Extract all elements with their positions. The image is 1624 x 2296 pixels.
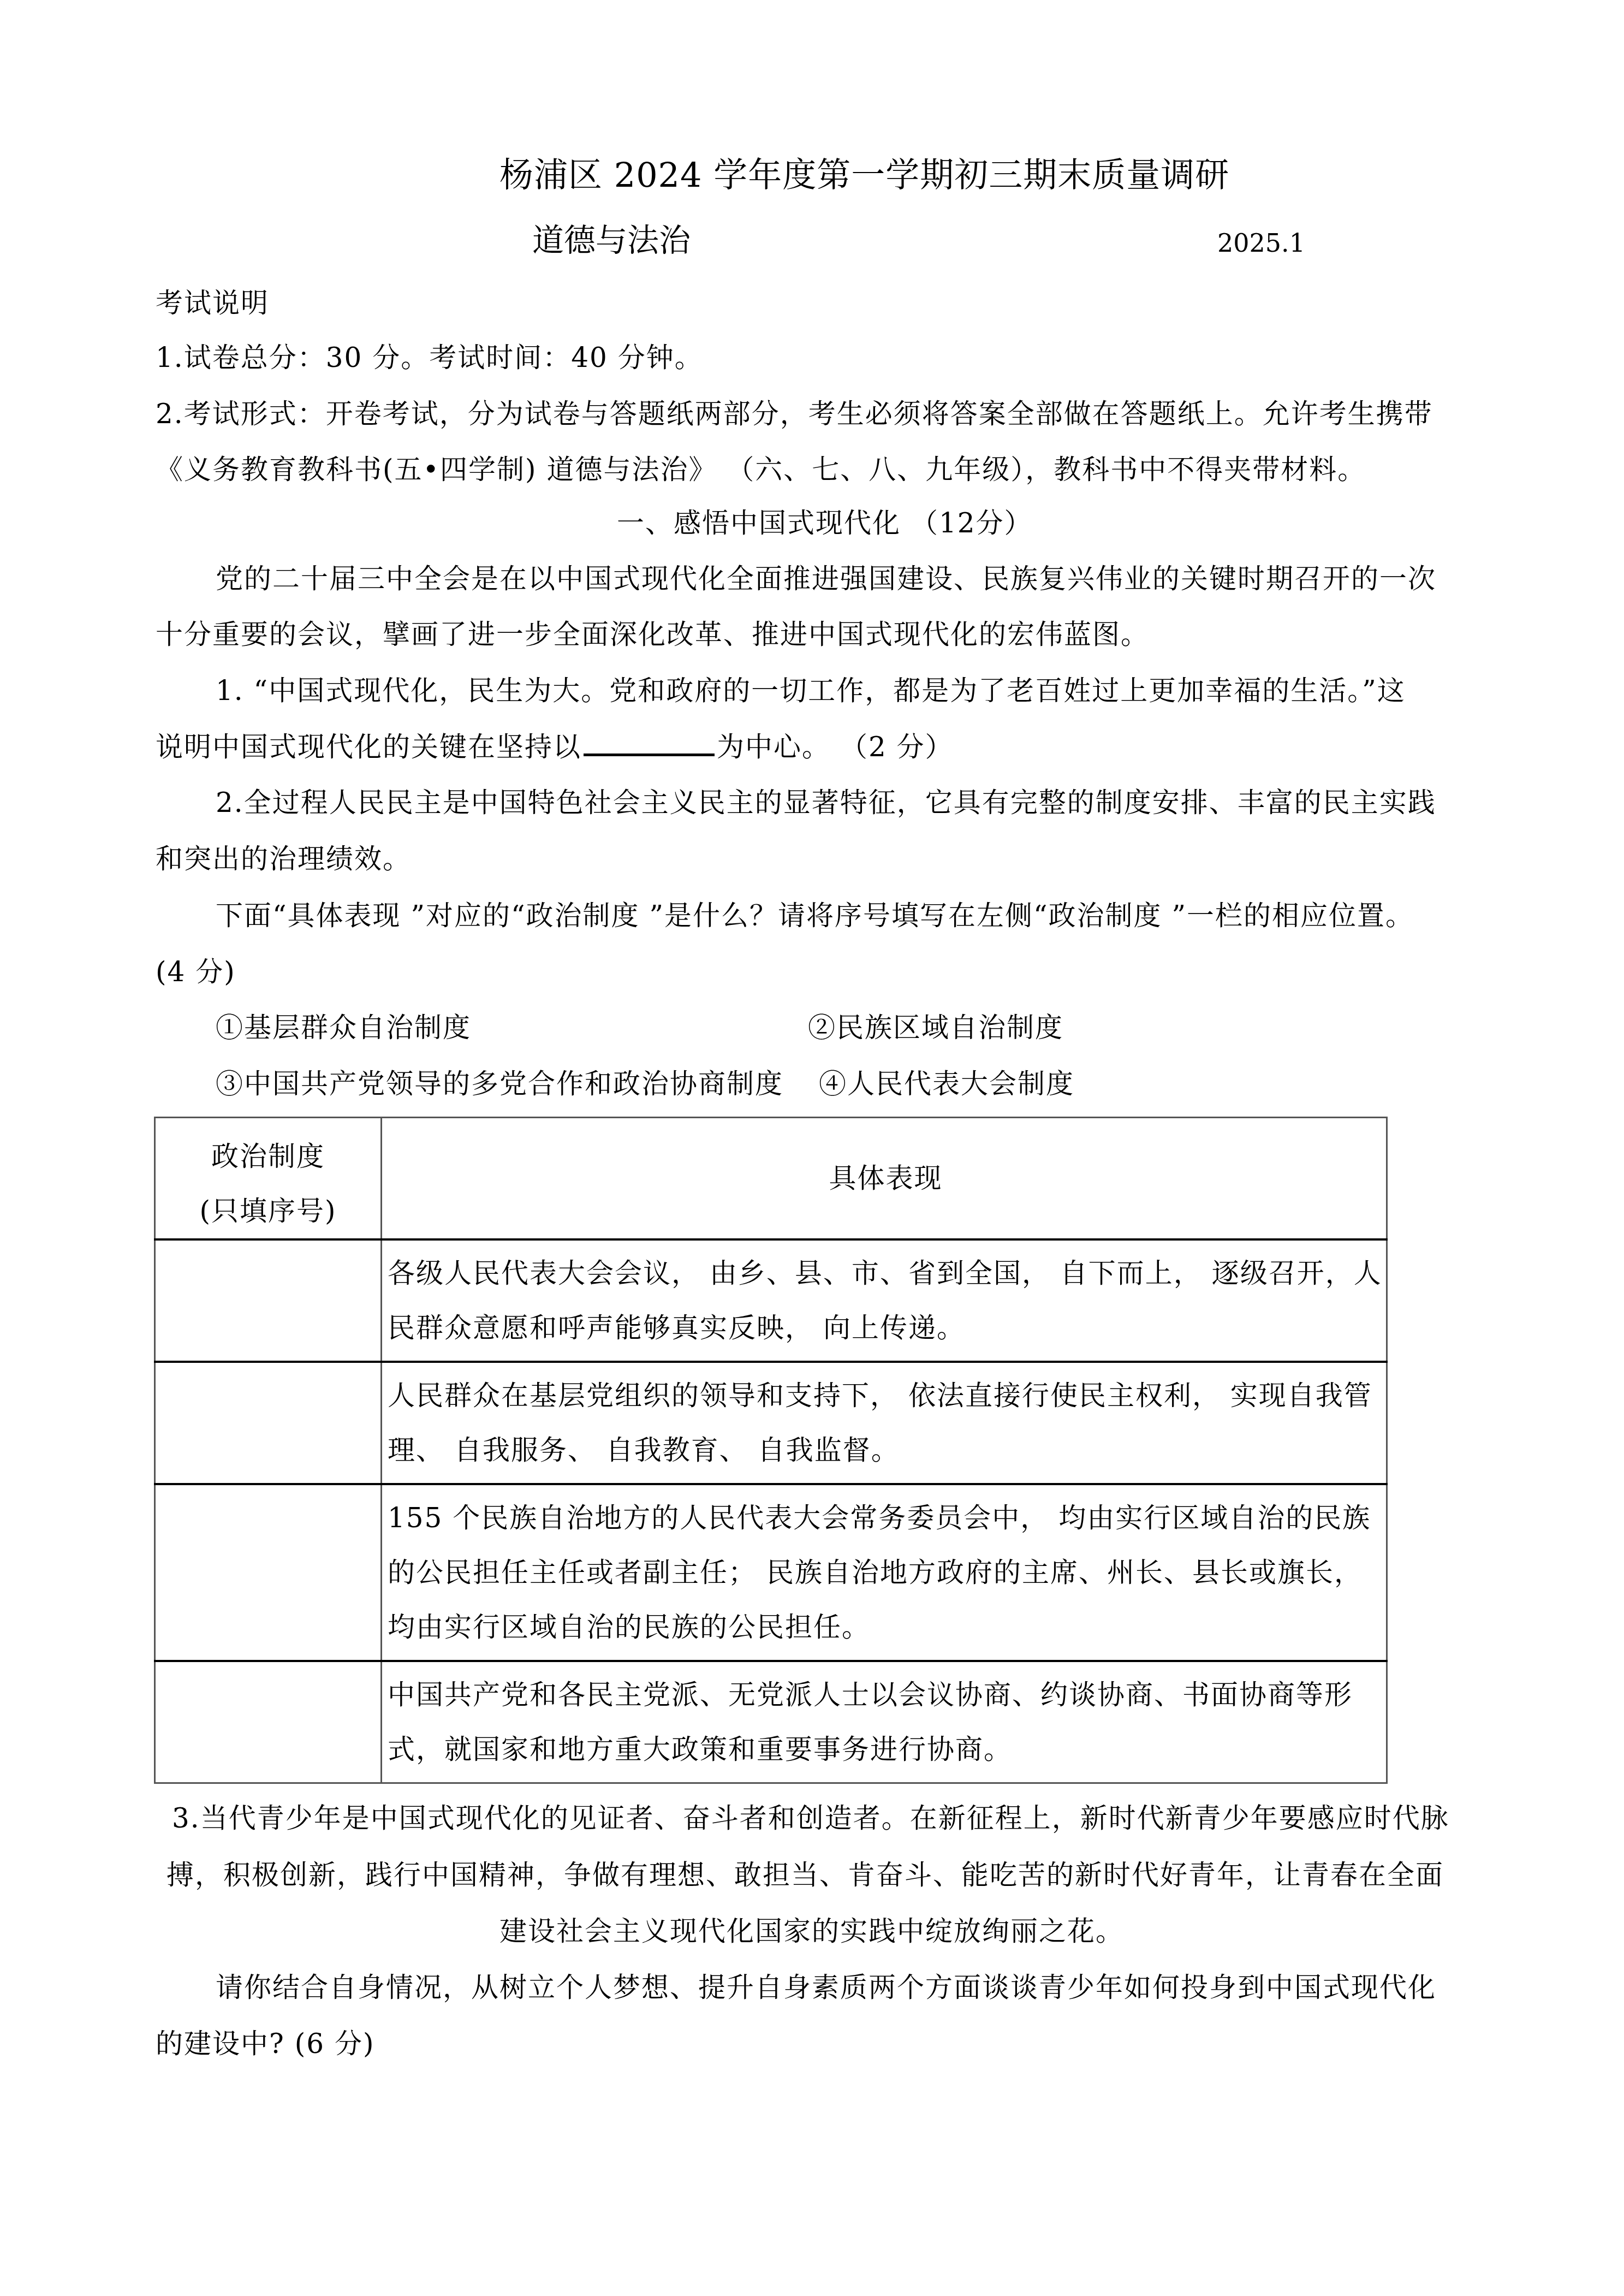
header-political-system: 政治制度 (只填序号) bbox=[155, 1118, 382, 1240]
question-3-prompt-line-2: 的建设中? (6 分) bbox=[156, 2027, 374, 2060]
exam-title: 杨浦区 2024 学年度第一学期初三期末质量调研 bbox=[499, 156, 1229, 195]
answer-cell[interactable] bbox=[155, 1661, 382, 1783]
option-4: ④人民代表大会制度 bbox=[819, 1067, 1074, 1100]
answer-cell[interactable] bbox=[155, 1362, 382, 1484]
question-3-prompt-line-1: 请你结合自身情况，从树立个人梦想、提升自身素质两个方面谈谈青少年如何投身到中国式… bbox=[216, 1971, 1436, 2004]
instructions-item-2-line-1: 2.考试形式：开卷考试，分为试卷与答题纸两部分，考生必须将答案全部做在答题纸上。… bbox=[156, 398, 1433, 430]
question-1-line-1: 1. “中国式现代化，民生为大。党和政府的一切工作，都是为了老百姓过上更加幸福的… bbox=[216, 674, 1406, 707]
option-3: ③中国共产党领导的多党合作和政治协商制度 bbox=[216, 1067, 783, 1100]
question-3-line-1: 3.当代青少年是中国式现代化的见证者、奋斗者和创造者。在新征程上，新时代新青少年… bbox=[172, 1802, 1449, 1835]
section-1-heading: 一、感悟中国式现代化 （12分） bbox=[617, 507, 1033, 539]
table-header-row: 政治制度 (只填序号) 具体表现 bbox=[155, 1118, 1387, 1240]
table-row: 各级人民代表大会会议， 由乡、县、市、省到全国， 自下而上， 逐级召开，人民群众… bbox=[155, 1239, 1387, 1362]
option-1: ①基层群众自治制度 bbox=[216, 1011, 471, 1044]
question-2-line-2: 和突出的治理绩效。 bbox=[156, 843, 411, 875]
question-3-line-2: 搏，积极创新，践行中国精神，争做有理想、敢担当、肯奋斗、能吃苦的新时代好青年，让… bbox=[166, 1859, 1444, 1891]
header-specific-manifestation: 具体表现 bbox=[382, 1118, 1387, 1240]
question-1-text-after-blank: 为中心。 （2 分） bbox=[717, 731, 954, 763]
section-1-intro-line-2: 十分重要的会议，擘画了进一步全面深化改革、推进中国式现代化的宏伟蓝图。 bbox=[156, 618, 1149, 651]
header-left-line-2: (只填序号) bbox=[156, 1184, 380, 1238]
option-2: ②民族区域自治制度 bbox=[808, 1011, 1063, 1044]
question-1-line-2: 说明中国式现代化的关键在坚持以为中心。 （2 分） bbox=[156, 731, 954, 763]
answer-cell[interactable] bbox=[155, 1484, 382, 1661]
manifestation-cell: 各级人民代表大会会议， 由乡、县、市、省到全国， 自下而上， 逐级召开，人民群众… bbox=[382, 1239, 1387, 1362]
table-row: 人民群众在基层党组织的领导和支持下， 依法直接行使民主权利， 实现自我管理、 自… bbox=[155, 1362, 1387, 1484]
instructions-item-2-line-2: 《义务教育教科书(五•四学制) 道德与法治》 （六、七、八、九年级），教科书中不… bbox=[156, 453, 1366, 486]
question-2-prompt-line-2: (4 分) bbox=[156, 956, 236, 988]
instructions-heading: 考试说明 bbox=[156, 287, 269, 319]
exam-date: 2025.1 bbox=[1217, 227, 1305, 259]
question-3-line-3: 建设社会主义现代化国家的实践中绽放绚丽之花。 bbox=[499, 1915, 1124, 1948]
answer-cell[interactable] bbox=[155, 1239, 382, 1362]
header-left-line-1: 政治制度 bbox=[156, 1129, 380, 1184]
manifestation-cell: 中国共产党和各民主党派、无党派人士以会议协商、约谈协商、书面协商等形式，就国家和… bbox=[382, 1661, 1387, 1783]
question-1-text-before-blank: 说明中国式现代化的关键在坚持以 bbox=[156, 731, 581, 763]
manifestation-cell: 155 个民族自治地方的人民代表大会常务委员会中， 均由实行区域自治的民族的公民… bbox=[382, 1484, 1387, 1661]
answer-blank[interactable] bbox=[584, 732, 715, 756]
question-2-line-1: 2.全过程人民民主是中国特色社会主义民主的显著特征，它具有完整的制度安排、丰富的… bbox=[216, 786, 1436, 819]
section-1-intro-line-1: 党的二十届三中全会是在以中国式现代化全面推进强国建设、民族复兴伟业的关键时期召开… bbox=[216, 562, 1436, 595]
subject-title: 道德与法治 bbox=[532, 221, 691, 259]
table-row: 155 个民族自治地方的人民代表大会常务委员会中， 均由实行区域自治的民族的公民… bbox=[155, 1484, 1387, 1661]
question-2-prompt-line-1: 下面“具体表现 ”对应的“政治制度 ”是什么？请将序号填写在左侧“政治制度 ”一… bbox=[216, 899, 1414, 932]
table-row: 中国共产党和各民主党派、无党派人士以会议协商、约谈协商、书面协商等形式，就国家和… bbox=[155, 1661, 1387, 1783]
instructions-item-1: 1.试卷总分：30 分。考试时间：40 分钟。 bbox=[156, 341, 703, 374]
manifestation-cell: 人民群众在基层党组织的领导和支持下， 依法直接行使民主权利， 实现自我管理、 自… bbox=[382, 1362, 1387, 1484]
political-system-table: 政治制度 (只填序号) 具体表现 各级人民代表大会会议， 由乡、县、市、省到全国… bbox=[154, 1117, 1388, 1784]
